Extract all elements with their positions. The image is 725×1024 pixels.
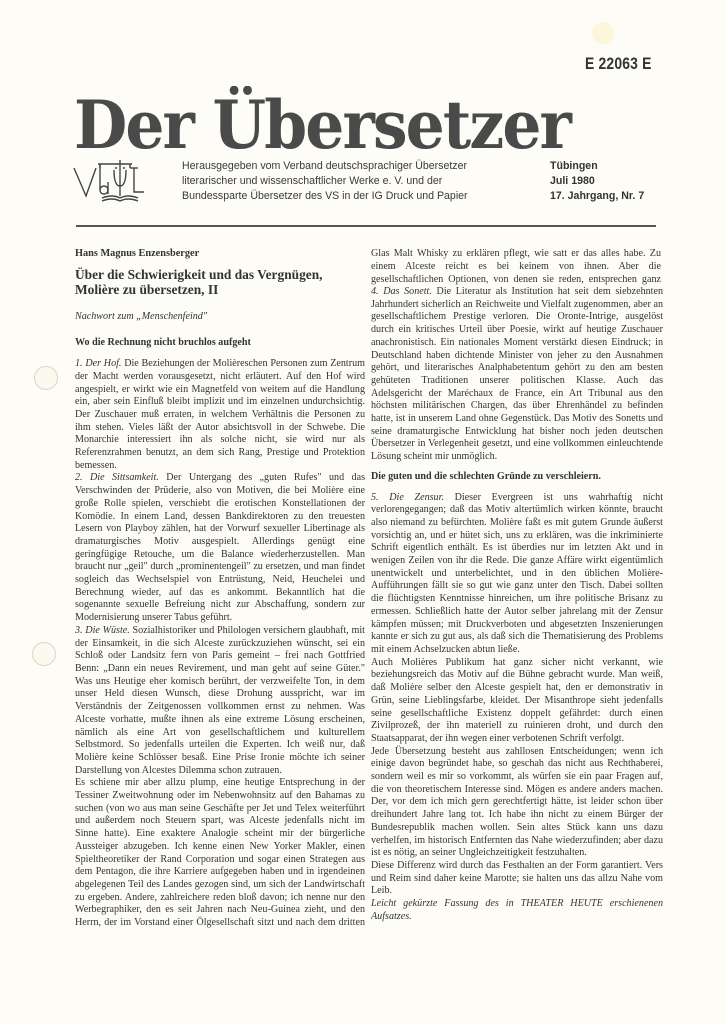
paragraph-uebersetzung: Jede Übersetzung besteht aus zahllosen E… (371, 746, 663, 860)
publisher-line: Herausgegeben vom Verband deutschsprachi… (182, 159, 502, 174)
vdu-logo-icon (72, 156, 158, 204)
paragraph-hof: 1. Der Hof. Die Beziehungen der Molières… (75, 358, 365, 472)
paragraph-lead: 1. Der Hof. (75, 358, 121, 369)
paragraph-aussteiger-continued: Es schiene mir aber allzu plump, eine he… (371, 248, 663, 286)
masthead-title: Der Übersetzer (74, 90, 619, 160)
issue-place: Tübingen (550, 159, 670, 174)
masthead: Der Übersetzer (74, 90, 660, 160)
issue-volume: 17. Jahrgang, Nr. 7 (550, 189, 670, 204)
paragraph-sittsamkeit: 2. Die Sittsamkeit. Der Untergang des „g… (75, 472, 365, 624)
paragraph-lead: 4. Das Sonett. (371, 286, 432, 297)
issn-code: E 22063 E (585, 54, 652, 74)
punch-hole-upper (34, 366, 58, 390)
masthead-rule (76, 225, 656, 227)
paragraph-wueste: 3. Die Wüste. Sozialhistoriker und Philo… (75, 625, 365, 777)
publisher-info: Herausgegeben vom Verband deutschsprachi… (182, 159, 502, 204)
paragraph-aussteiger: Es schiene mir aber allzu plump, eine he… (75, 777, 365, 929)
article-subtitle: Nachwort zum „Menschenfeind" (75, 311, 365, 324)
issue-info: Tübingen Juli 1980 17. Jahrgang, Nr. 7 (550, 159, 670, 204)
issue-date: Juli 1980 (550, 174, 670, 189)
publisher-line: literarischer und wissenschaftlicher Wer… (182, 174, 502, 189)
paragraph-zensur: 5. Die Zensur. Dieser Evergreen ist uns … (371, 492, 663, 657)
paragraph-differenz: Diese Differenz wird durch das Festhalte… (371, 860, 663, 898)
article-column-right: Es schiene mir aber allzu plump, eine he… (371, 248, 663, 923)
paragraph-lead: 5. Die Zensur. (371, 492, 444, 503)
paragraph-publikum: Auch Molières Publikum hat ganz sicher n… (371, 657, 663, 746)
paper-stain (592, 22, 614, 44)
article-author: Hans Magnus Enzensberger (75, 248, 365, 261)
paragraph-lead: 2. Die Sittsamkeit. (75, 472, 159, 483)
punch-hole-lower (32, 642, 56, 666)
source-note: Leicht gekürzte Fassung des in THEATER H… (371, 898, 663, 923)
publisher-line: Bundessparte Übersetzer des VS in der IG… (182, 189, 502, 204)
paragraph-lead: 3. Die Wüste. (75, 625, 130, 636)
section-heading: Wo die Rechnung nicht bruchlos aufgeht (75, 337, 365, 350)
article-title: Über die Schwierigkeit und das Vergnügen… (75, 267, 365, 297)
paragraph-sonett: 4. Das Sonett. Die Literatur als Institu… (371, 286, 663, 464)
section-heading: Die guten und die schlechten Gründe zu v… (371, 471, 663, 484)
article-column-left: Hans Magnus Enzensberger Über die Schwie… (75, 248, 365, 929)
